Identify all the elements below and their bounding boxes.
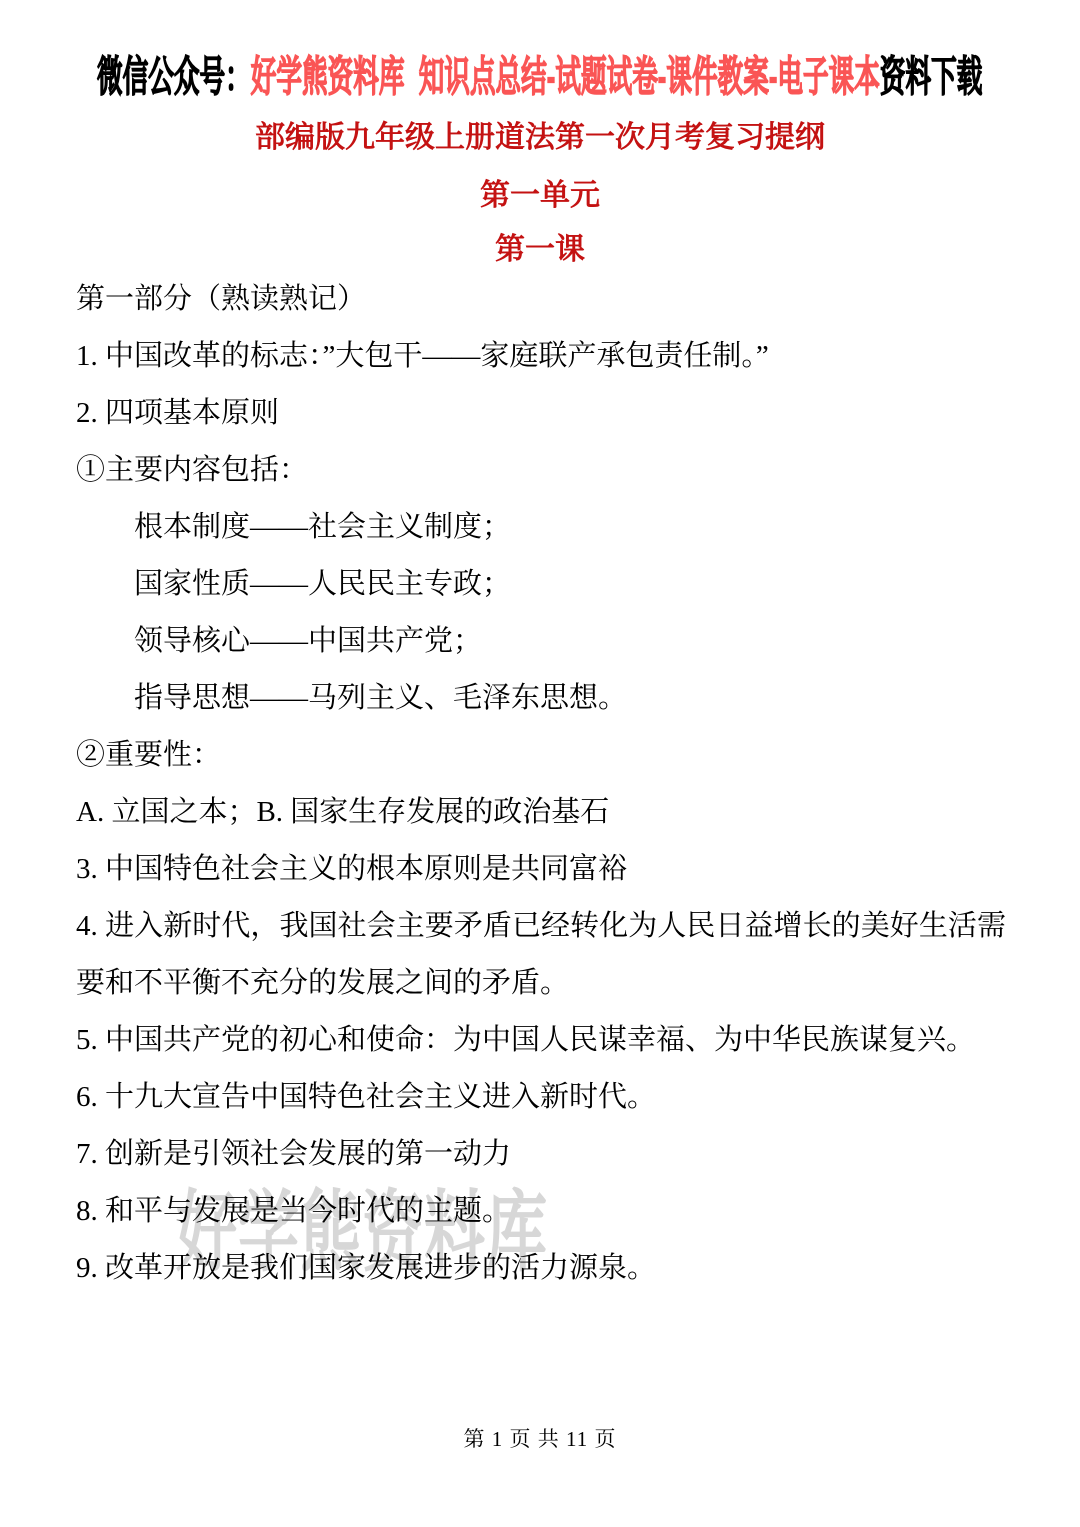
- body-line: 领导核心——中国共产党；: [76, 613, 1006, 670]
- body-line: 5. 中国共产党的初心和使命：为中国人民谋幸福、为中华民族谋复兴。: [76, 1012, 1006, 1069]
- body-line: 指导思想——马列主义、毛泽东思想。: [76, 670, 1006, 727]
- body-line: ②重要性：: [76, 727, 1006, 784]
- header-suffix: 资料下载: [880, 53, 982, 100]
- body-line: 国家性质——人民民主专政；: [76, 556, 1006, 613]
- body-line: 3. 中国特色社会主义的根本原则是共同富裕: [76, 841, 1006, 898]
- page-footer: 第 1 页 共 11 页: [0, 1424, 1080, 1454]
- page-title: 部编版九年级上册道法第一次月考复习提纲: [0, 116, 1080, 160]
- outline-body: 第一部分（熟读熟记）1. 中国改革的标志：”大包干——家庭联产承包责任制。”2.…: [76, 271, 1006, 1297]
- body-line: 4. 进入新时代，我国社会主要矛盾已经转化为人民日益增长的美好生活需要和不平衡不…: [76, 898, 1006, 1012]
- promo-header: 微信公众号：好学熊资料库 知识点总结-试题试卷-课件教案-电子课本资料下载: [0, 50, 1080, 98]
- document-page: 微信公众号：好学熊资料库 知识点总结-试题试卷-课件教案-电子课本资料下载 部编…: [0, 0, 1080, 1527]
- header-prefix: 微信公众号：: [97, 53, 251, 100]
- body-line: 第一部分（熟读熟记）: [76, 271, 1006, 328]
- lesson-title: 第一课: [0, 230, 1080, 270]
- body-line: ①主要内容包括：: [76, 442, 1006, 499]
- body-line: 2. 四项基本原则: [76, 385, 1006, 442]
- body-line: 7. 创新是引领社会发展的第一动力: [76, 1126, 1006, 1183]
- body-line: 6. 十九大宣告中国特色社会主义进入新时代。: [76, 1069, 1006, 1126]
- body-line: 1. 中国改革的标志：”大包干——家庭联产承包责任制。”: [76, 328, 1006, 385]
- header-highlight: 好学熊资料库 知识点总结-试题试卷-课件教案-电子课本: [251, 53, 880, 100]
- body-line: A. 立国之本；B. 国家生存发展的政治基石: [76, 784, 1006, 841]
- unit-title: 第一单元: [0, 176, 1080, 216]
- body-line: 根本制度——社会主义制度；: [76, 499, 1006, 556]
- promo-header-text: 微信公众号：好学熊资料库 知识点总结-试题试卷-课件教案-电子课本资料下载: [97, 44, 982, 104]
- body-line: 9. 改革开放是我们国家发展进步的活力源泉。: [76, 1240, 1006, 1297]
- body-line: 8. 和平与发展是当今时代的主题。: [76, 1183, 1006, 1240]
